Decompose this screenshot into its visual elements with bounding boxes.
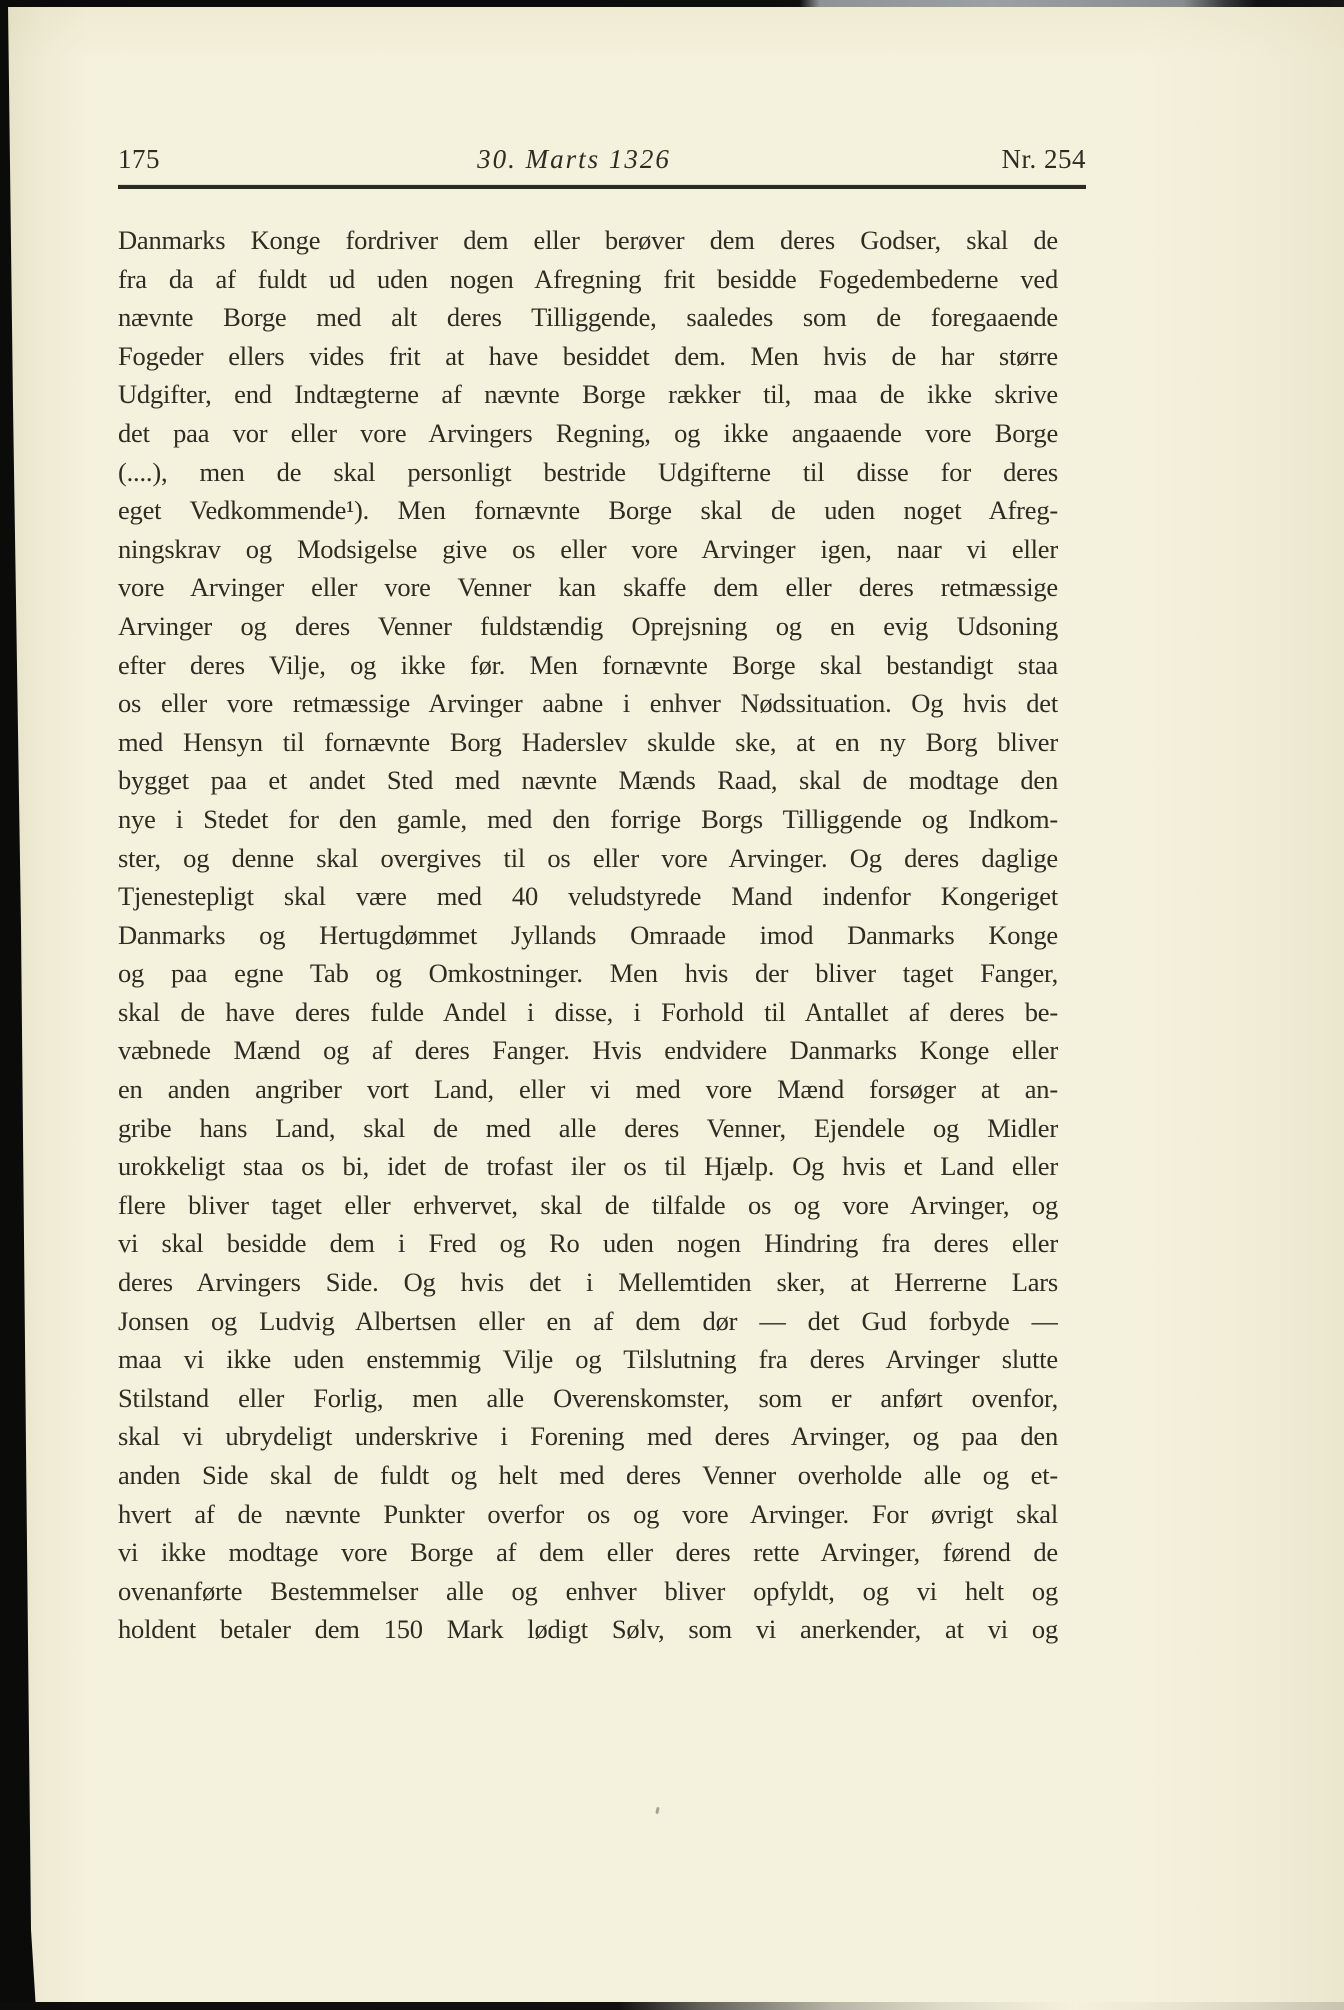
text-line: vore Arvinger eller vore Venner kan skaf… — [118, 568, 1058, 607]
text-line: vi ikke modtage vore Borge af dem eller … — [118, 1533, 1058, 1572]
text-line: skal de have deres fulde Andel i disse, … — [118, 993, 1058, 1032]
bottom-scan-edge-artifact — [0, 2002, 1344, 2010]
text-line: gribe hans Land, skal de med alle deres … — [118, 1109, 1058, 1148]
ink-speck-artifact — [655, 1807, 659, 1814]
text-line: hvert af de nævnte Punkter overfor os og… — [118, 1495, 1058, 1534]
text-line: os eller vore retmæssige Arvinger aabne … — [118, 684, 1058, 723]
text-line: vi skal besidde dem i Fred og Ro uden no… — [118, 1224, 1058, 1263]
top-scan-edge-artifact — [0, 0, 1344, 7]
text-line: ovenanførte Bestemmelser alle og enhver … — [118, 1572, 1058, 1611]
header-date-title: 30. Marts 1326 — [477, 144, 671, 175]
body-text: Danmarks Konge fordriver dem eller berøv… — [118, 221, 1058, 1649]
text-line: fra da af fuldt ud uden nogen Afregning … — [118, 260, 1058, 299]
header-rule — [118, 184, 1086, 189]
text-line: Arvinger og deres Venner fuldstændig Opr… — [118, 607, 1058, 646]
text-line: deres Arvingers Side. Og hvis det i Mell… — [118, 1263, 1058, 1302]
text-line: Stilstand eller Forlig, men alle Overens… — [118, 1379, 1058, 1418]
text-line: det paa vor eller vore Arvingers Regning… — [118, 414, 1058, 453]
page-header: 175 30. Marts 1326 Nr. 254 — [118, 144, 1086, 189]
text-line: Danmarks Konge fordriver dem eller berøv… — [118, 221, 1058, 260]
text-line: Jonsen og Ludvig Albertsen eller en af d… — [118, 1302, 1058, 1341]
text-line: og paa egne Tab og Omkostninger. Men hvi… — [118, 954, 1058, 993]
page-number: 175 — [118, 144, 238, 175]
text-line: ningskrav og Modsigelse give os eller vo… — [118, 530, 1058, 569]
text-line: maa vi ikke uden enstemmig Vilje og Tils… — [118, 1340, 1058, 1379]
text-line: flere bliver taget eller erhvervet, skal… — [118, 1186, 1058, 1225]
text-line: eget Vedkommende¹). Men fornævnte Borge … — [118, 491, 1058, 530]
text-line: bygget paa et andet Sted med nævnte Mænd… — [118, 761, 1058, 800]
left-scan-edge-artifact — [0, 4, 40, 2010]
text-line: en anden angriber vort Land, eller vi me… — [118, 1070, 1058, 1109]
text-line: Danmarks og Hertugdømmet Jyllands Omraad… — [118, 916, 1058, 955]
text-line: med Hensyn til fornævnte Borg Haderslev … — [118, 723, 1058, 762]
text-line: holdent betaler dem 150 Mark lødigt Sølv… — [118, 1610, 1058, 1649]
text-line: væbnede Mænd og af deres Fanger. Hvis en… — [118, 1031, 1058, 1070]
document-number: Nr. 254 — [966, 144, 1086, 175]
text-line: nævnte Borge med alt deres Tilliggende, … — [118, 298, 1058, 337]
scanned-book-page: 175 30. Marts 1326 Nr. 254 Danmarks Kong… — [0, 0, 1344, 2010]
text-line: ster, og denne skal overgives til os ell… — [118, 839, 1058, 878]
text-line: Tjenestepligt skal være med 40 veludstyr… — [118, 877, 1058, 916]
text-line: efter deres Vilje, og ikke før. Men forn… — [118, 646, 1058, 685]
text-line: anden Side skal de fuldt og helt med der… — [118, 1456, 1058, 1495]
text-line: nye i Stedet for den gamle, med den forr… — [118, 800, 1058, 839]
text-line: Fogeder ellers vides frit at have besidd… — [118, 337, 1058, 376]
text-line: skal vi ubrydeligt underskrive i Forenin… — [118, 1417, 1058, 1456]
text-line: (....), men de skal personligt bestride … — [118, 453, 1058, 492]
header-row: 175 30. Marts 1326 Nr. 254 — [118, 144, 1086, 175]
text-line: urokkeligt staa os bi, idet de trofast i… — [118, 1147, 1058, 1186]
text-line: Udgifter, end Indtægterne af nævnte Borg… — [118, 375, 1058, 414]
